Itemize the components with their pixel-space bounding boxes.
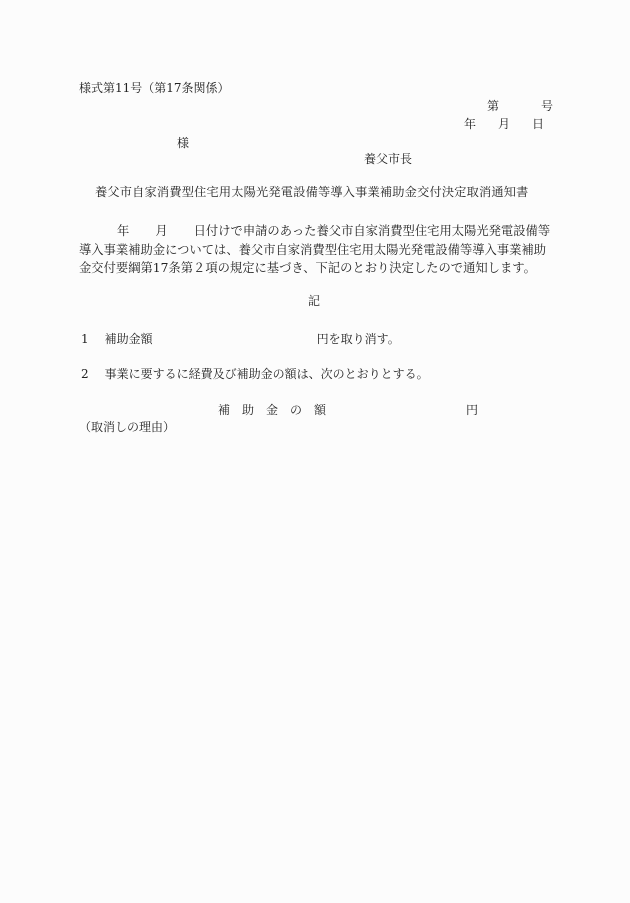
item-2: 2事業に要するに経費及び補助金の額は、次のとおりとする。: [81, 368, 429, 380]
doc-number-suffix: 号: [541, 100, 553, 112]
subsidy-amount-unit: 円: [466, 403, 478, 417]
subsidy-amount-label: 補 助 金 の 額: [218, 403, 326, 417]
body-month: 月: [155, 224, 167, 238]
item-2-label: 事業に要するに経費及び補助金の額は、次のとおりとする。: [105, 367, 429, 381]
cancellation-reason-label: （取消しの理由）: [79, 421, 175, 433]
body-line-1: 年月日付けで申請のあった養父市自家消費型住宅用太陽光発電設備等: [79, 222, 559, 241]
addressee: 様: [177, 137, 189, 149]
item-1-suffix: 円を取り消す。: [317, 332, 400, 346]
document-date: 年月日: [464, 118, 544, 130]
item-1-label: 補助金額: [105, 332, 153, 346]
doc-number-prefix: 第: [487, 100, 499, 112]
ki-heading: 記: [308, 295, 320, 307]
date-day: 日: [532, 118, 544, 130]
item-2-number: 2: [81, 367, 89, 381]
body-line-1-rest: 日付けで申請のあった養父市自家消費型住宅用太陽光発電設備等: [194, 224, 551, 238]
body-paragraph: 年月日付けで申請のあった養父市自家消費型住宅用太陽光発電設備等 導入事業補助金に…: [79, 222, 559, 278]
body-line-2: 導入事業補助金については、養父市自家消費型住宅用太陽光発電設備等導入事業補助: [79, 241, 559, 260]
document-title: 養父市自家消費型住宅用太陽光発電設備等導入事業補助金交付決定取消通知書: [95, 186, 529, 198]
date-year: 年: [464, 118, 476, 130]
body-line-3: 金交付要綱第17条第２項の規定に基づき、下記のとおり決定したので通知します。: [79, 259, 559, 278]
body-year: 年: [117, 224, 129, 238]
form-number: 様式第11号（第17条関係）: [79, 82, 230, 94]
item-1-number: 1: [81, 332, 89, 346]
item-1: 1補助金額円を取り消す。: [81, 333, 400, 345]
subsidy-amount-row: 補 助 金 の 額円: [218, 404, 478, 416]
date-month: 月: [498, 118, 510, 130]
issuer: 養父市長: [364, 153, 412, 165]
document-number: 第号: [487, 100, 553, 112]
